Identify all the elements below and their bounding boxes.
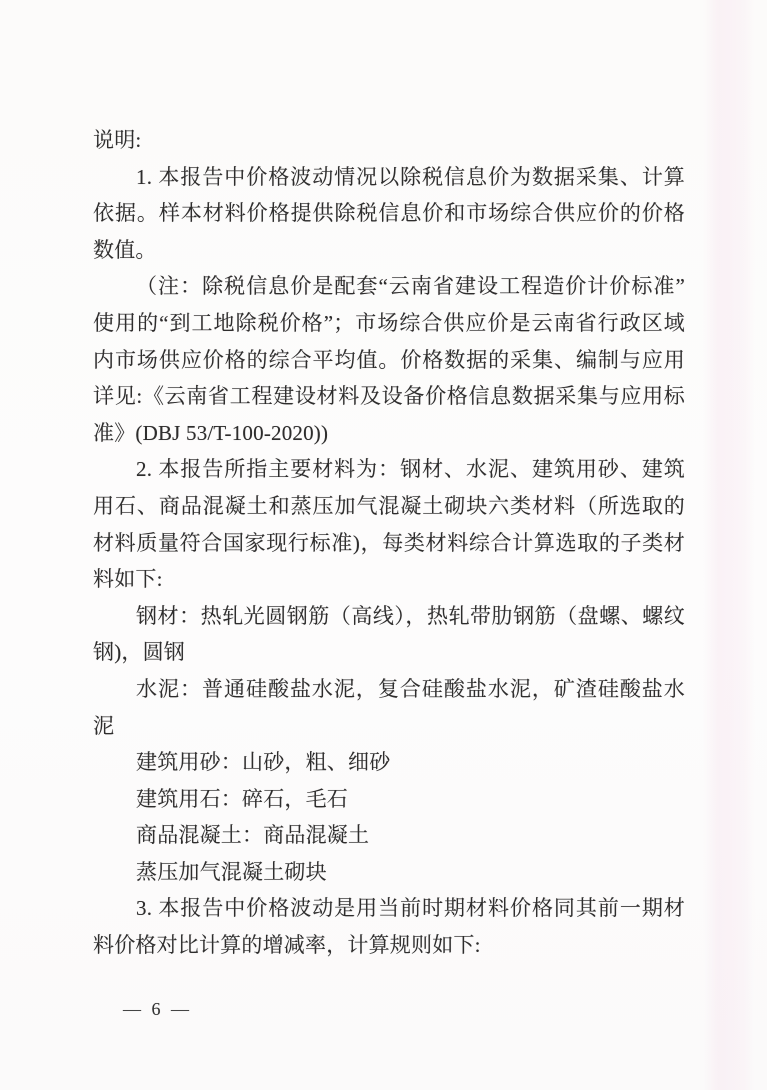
text-line: 水泥：普通硅酸盐水泥，复合硅酸盐水泥，矿渣硅酸盐水 (93, 671, 685, 708)
document-body: 说明: 1. 本报告中价格波动情况以除税信息价为数据采集、计算 依据。样本材料价… (93, 122, 685, 964)
text-line: 内市场供应价格的综合平均值。价格数据的采集、编制与应用 (93, 342, 685, 379)
text-line: 建筑用石：碎石，毛石 (93, 781, 685, 818)
document-page: 说明: 1. 本报告中价格波动情况以除税信息价为数据采集、计算 依据。样本材料价… (0, 0, 767, 1090)
text-line: （注：除税信息价是配套“云南省建设工程造价计价标准” (93, 268, 685, 305)
text-line: 数值。 (93, 232, 685, 269)
page-number: — 6 — (123, 995, 192, 1023)
text-line: 材料质量符合国家现行标准)，每类材料综合计算选取的子类材 (93, 525, 685, 562)
text-line: 详见:《云南省工程建设材料及设备价格信息数据采集与应用标 (93, 378, 685, 415)
text-line: 泥 (93, 708, 685, 745)
text-line: 使用的“到工地除税价格”；市场综合供应价是云南省行政区域 (93, 305, 685, 342)
text-line: 蒸压加气混凝土砌块 (93, 854, 685, 891)
text-line: 用石、商品混凝土和蒸压加气混凝土砌块六类材料（所选取的 (93, 488, 685, 525)
text-line: 商品混凝土：商品混凝土 (93, 817, 685, 854)
section-heading: 说明: (93, 122, 685, 159)
text-line: 建筑用砂：山砂，粗、细砂 (93, 744, 685, 781)
text-line: 准》(DBJ 53/T-100-2020)) (93, 415, 685, 452)
text-line: 2. 本报告所指主要材料为：钢材、水泥、建筑用砂、建筑 (93, 451, 685, 488)
scan-edge-artifact (703, 0, 755, 1090)
text-line: 3. 本报告中价格波动是用当前时期材料价格同其前一期材 (93, 890, 685, 927)
text-line: 料价格对比计算的增减率，计算规则如下: (93, 927, 685, 964)
text-line: 1. 本报告中价格波动情况以除税信息价为数据采集、计算 (93, 159, 685, 196)
text-line: 料如下: (93, 561, 685, 598)
text-line: 钢材：热轧光圆钢筋（高线），热轧带肋钢筋（盘螺、螺纹 (93, 598, 685, 635)
text-line: 钢)，圆钢 (93, 634, 685, 671)
text-line: 依据。样本材料价格提供除税信息价和市场综合供应价的价格 (93, 195, 685, 232)
